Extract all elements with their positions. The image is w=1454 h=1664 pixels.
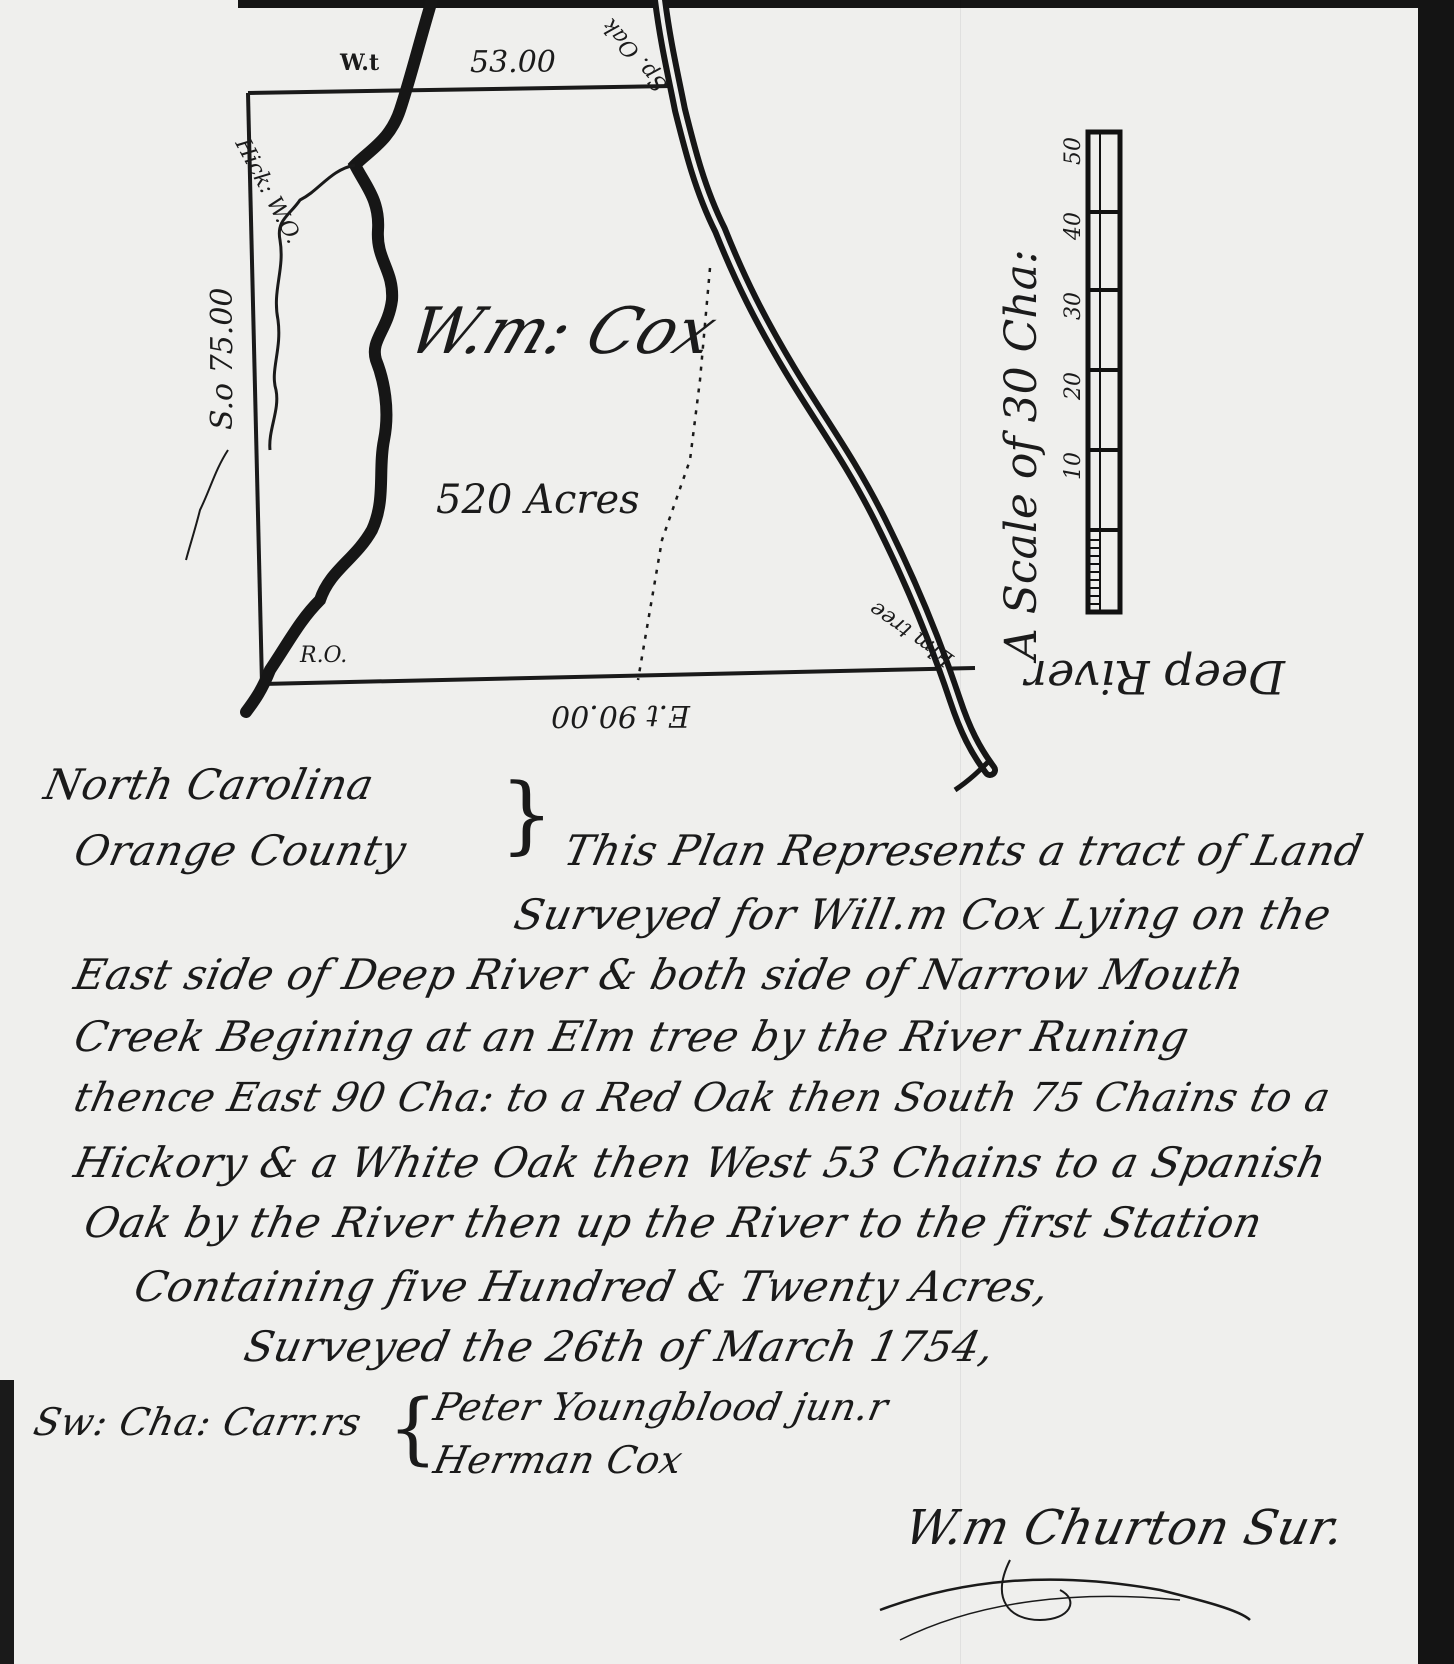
- body-line: Containing five Hundred & Twenty Acres,: [130, 1262, 1054, 1311]
- scale-bar: [1088, 132, 1120, 612]
- chain-carrier-name: Herman Cox: [430, 1438, 687, 1482]
- creek-tributary-outer: [186, 450, 228, 560]
- chain-carriers-label: Sw: Cha: Carr.rs: [30, 1400, 366, 1444]
- body-line: thence East 90 Cha: to a Red Oak then So…: [70, 1075, 1334, 1121]
- scale-tick: 30: [1063, 292, 1085, 320]
- west-line-length: S.o 75.00: [208, 288, 238, 431]
- body-line: East side of Deep River & both side of N…: [70, 950, 1249, 999]
- heading-state: North Carolina: [40, 760, 378, 809]
- body-line: Creek Begining at an Elm tree by the Riv…: [70, 1012, 1194, 1061]
- south-line-length: E.t 90.00: [551, 700, 690, 730]
- chain-carrier-name: Peter Youngblood jun.r: [430, 1385, 892, 1429]
- scale-title: A Scale of 30 Cha:: [1000, 249, 1044, 660]
- north-line-length: 53.00: [470, 48, 556, 78]
- scale-tick: 50: [1063, 137, 1085, 165]
- heading-brace: }: [500, 772, 553, 856]
- river-label: Deep River: [1025, 654, 1285, 700]
- scale-tick: 20: [1063, 372, 1085, 400]
- survey-date: Surveyed the 26th of March 1754,: [240, 1322, 999, 1371]
- body-line: Hickory & a White Oak then West 53 Chain…: [70, 1138, 1331, 1187]
- corner-sw-label: R.O.: [300, 645, 347, 667]
- scale-tick: 40: [1063, 212, 1085, 240]
- acreage-label: 520 Acres: [436, 480, 640, 520]
- scale-tick: 10: [1063, 452, 1085, 480]
- survey-document: W.t 53.00 Hick: W.O. Sp. Oak S.o 75.00 R…: [0, 0, 1454, 1664]
- chain-carriers-brace: {: [388, 1390, 438, 1468]
- body-line: This Plan Represents a tract of Land: [560, 826, 1368, 875]
- body-line: Oak by the River then up the River to th…: [80, 1198, 1267, 1247]
- body-line: Surveyed for Will.m Cox Lying on the: [510, 890, 1336, 939]
- owner-name: W.m: Cox: [400, 300, 724, 364]
- heading-county: Orange County: [70, 826, 411, 875]
- surveyor-signature: W.m Churton Sur.: [900, 1500, 1349, 1556]
- north-line-direction: W.t: [340, 52, 379, 74]
